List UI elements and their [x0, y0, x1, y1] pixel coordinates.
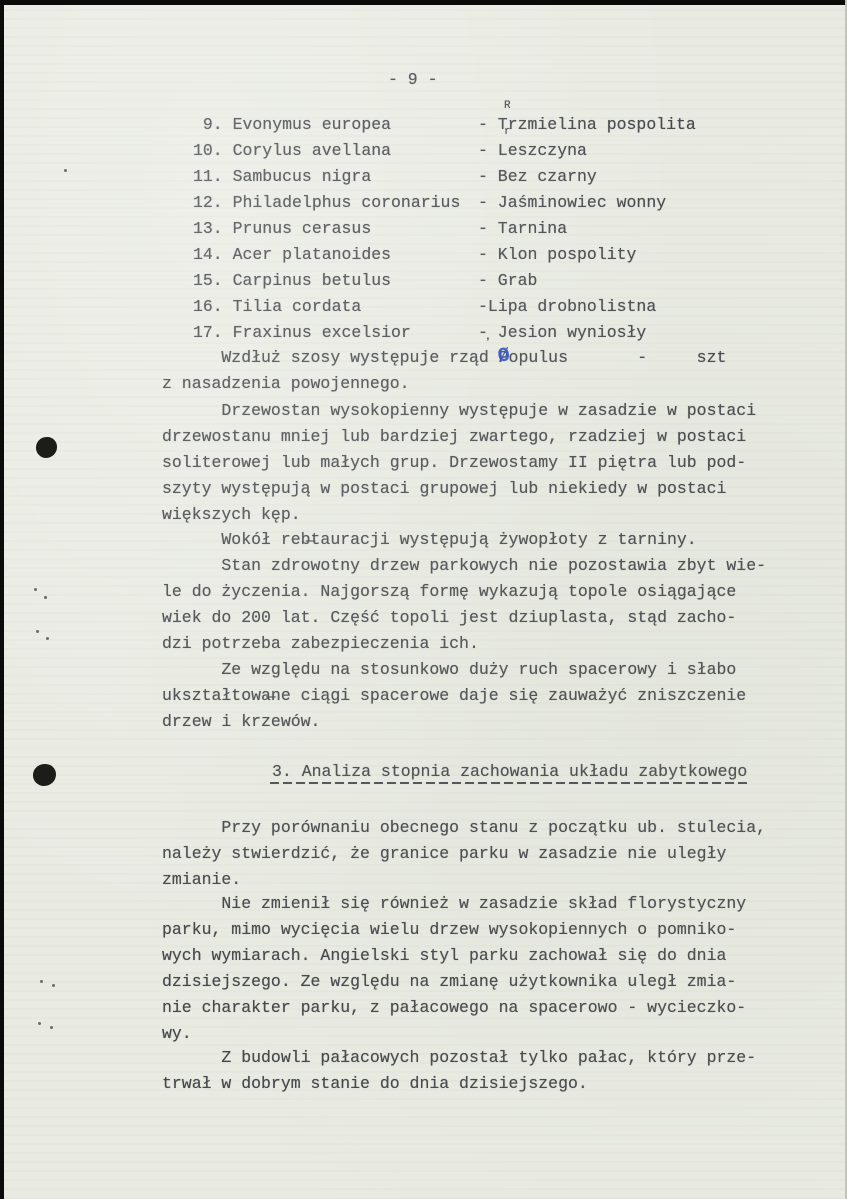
- species-latin-name: 11. Sambucus nigra: [193, 164, 478, 190]
- paper-speck: [50, 1026, 53, 1029]
- species-common-name: -Lipa drobnolistna: [478, 297, 656, 316]
- species-common-name: - Bez czarny: [478, 167, 597, 186]
- section-heading: 3. Analiza stopnia zachowania układu zab…: [272, 759, 747, 785]
- species-common-name: - Jaśminowiec wonny: [478, 193, 666, 212]
- typed-correction-mark: r: [504, 127, 511, 138]
- paper-speck: [38, 1022, 41, 1025]
- paragraph-along-road: Wzdłuż szosy występuje rząd Populus - sz…: [162, 345, 726, 397]
- paper-speck: [36, 630, 39, 633]
- paper-speck: [44, 596, 47, 599]
- typed-correction-mark: R: [504, 101, 511, 112]
- scanned-document-page: - 9 - 9. Evonymus europea- Trzmielina po…: [0, 0, 847, 1199]
- species-latin-name: 10. Corylus avellana: [193, 138, 478, 164]
- species-latin-name: 13. Prunus cerasus: [193, 216, 478, 242]
- species-row: 14. Acer platanoides- Klon pospolity: [193, 242, 696, 268]
- ink-spot: [36, 437, 57, 458]
- paragraph-flora-character: Nie zmienił się również w zasadzie skład…: [162, 891, 746, 1047]
- species-list: 9. Evonymus europea- Trzmielina pospolit…: [193, 112, 696, 346]
- species-latin-name: 12. Philadelphus coronarius: [193, 190, 478, 216]
- handwritten-ink-correction: Ø: [497, 346, 512, 367]
- paragraph-tree-stand: Drzewostan wysokopienny występuje w zasa…: [162, 398, 756, 528]
- species-latin-name: 14. Acer platanoides: [193, 242, 478, 268]
- paragraph-boundary-comparison: Przy porównaniu obecnego stanu z początk…: [162, 815, 766, 893]
- species-row: 12. Philadelphus coronarius- Jaśminowiec…: [193, 190, 696, 216]
- species-row: 10. Corylus avellana- Leszczynar: [193, 138, 696, 164]
- paper-speck: [52, 984, 55, 987]
- species-common-name: - Grab: [478, 271, 537, 290]
- species-row: 15. Carpinus betulus- Grab: [193, 268, 696, 294]
- species-row: 13. Prunus cerasus- Tarnina: [193, 216, 696, 242]
- species-common-name: - Klon pospolity: [478, 245, 636, 264]
- paper-speck: [40, 980, 43, 983]
- species-common-name: - Leszczyna: [478, 141, 587, 160]
- species-latin-name: 9. Evonymus europea: [193, 112, 478, 138]
- species-common-name: -̦ Jesion wyniosły: [478, 323, 646, 342]
- species-row: 17. Fraxinus excelsior-̦ Jesion wyniosły: [193, 320, 696, 346]
- species-common-name: - Tarnina: [478, 219, 567, 238]
- scan-edge-left: [0, 0, 4, 1199]
- paragraph-palace: Z budowli pałacowych pozostał tylko pała…: [162, 1045, 756, 1097]
- paragraph-hedges: Wokół reb̶tauracji występują żywopłoty z…: [162, 527, 697, 553]
- paragraph-foot-traffic: Ze względu na stosunkowo duży ruch space…: [162, 657, 746, 735]
- scan-edge-top: [0, 0, 847, 5]
- paper-speck: [46, 637, 49, 640]
- ink-spot: [33, 764, 56, 786]
- species-row: 16. Tilia cordata-Lipa drobnolistna: [193, 294, 696, 320]
- paper-speck: [64, 169, 67, 172]
- paper-speck: [34, 588, 37, 591]
- species-latin-name: 16. Tilia cordata: [193, 294, 478, 320]
- page-number: - 9 -: [388, 67, 438, 93]
- species-latin-name: 15. Carpinus betulus: [193, 268, 478, 294]
- paragraph-tree-health: Stan zdrowotny drzew parkowych nie pozos…: [162, 553, 766, 657]
- species-row: 9. Evonymus europea- Trzmielina pospolit…: [193, 112, 696, 138]
- species-latin-name: 17. Fraxinus excelsior: [193, 320, 478, 346]
- species-row: 11. Sambucus nigra- Bez czarny: [193, 164, 696, 190]
